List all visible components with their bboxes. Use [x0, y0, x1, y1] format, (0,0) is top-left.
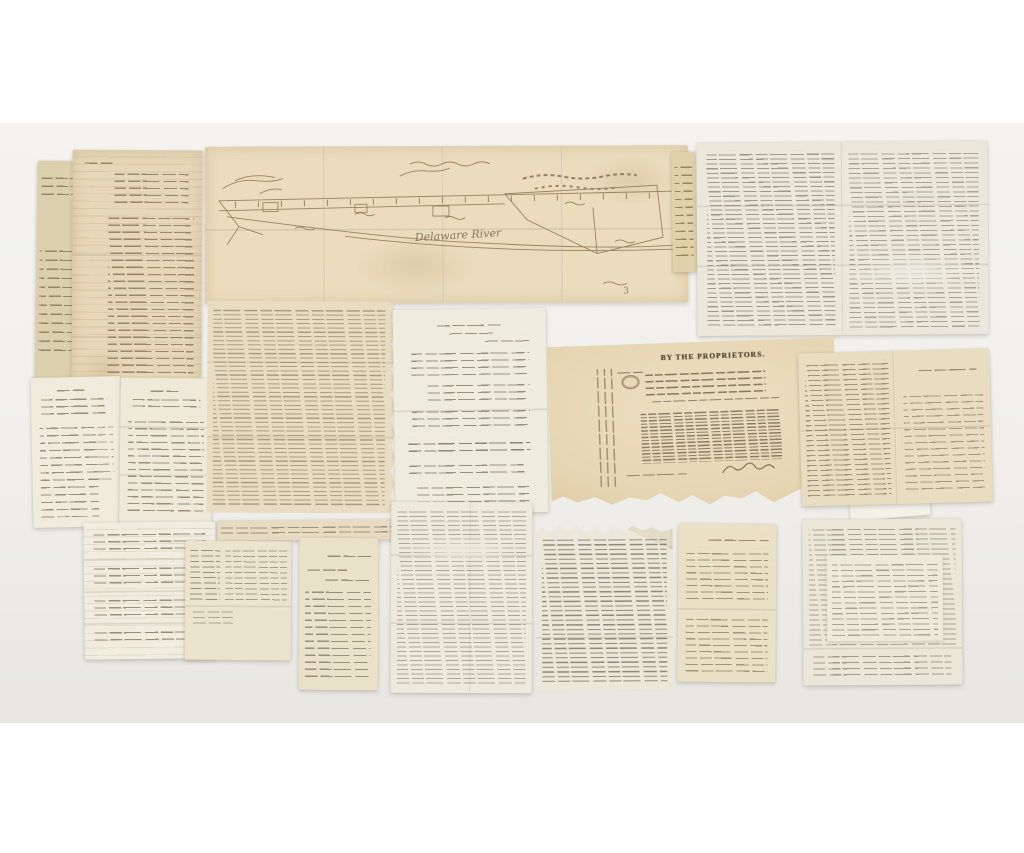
- handwriting-block: [706, 150, 835, 329]
- handwriting-block: [132, 394, 200, 411]
- handwriting-block: [411, 346, 529, 376]
- printed-caption: [617, 368, 643, 374]
- handwriting-block: [417, 480, 529, 504]
- survey-map-drawing: Delaware River 3: [205, 145, 689, 304]
- letter-two-column: [798, 349, 993, 507]
- handwriting-block: [848, 149, 979, 328]
- document-estate-notes: [71, 150, 202, 404]
- handwriting-block: [97, 420, 114, 480]
- handwriting-block: [127, 416, 204, 517]
- handwriting-block: [221, 522, 393, 538]
- handwriting-block: [409, 458, 527, 475]
- handwriting-block: [85, 156, 115, 166]
- handwriting-block: [674, 160, 694, 260]
- proprietors-printed-form: BY THE PROPRIETORS.: [546, 337, 840, 510]
- letter-cross-written: [696, 141, 988, 336]
- handwriting-block: [485, 334, 529, 343]
- page-background: Delaware River 3: [0, 0, 1024, 853]
- handwriting-block: [804, 359, 892, 497]
- proprietors-header: BY THE PROPRIETORS.: [661, 349, 766, 362]
- handwriting-block: [94, 593, 198, 618]
- handwriting-block: [151, 384, 181, 393]
- river-line: [345, 235, 673, 251]
- letter-folded-large: [391, 502, 533, 693]
- handwriting-block: [832, 560, 939, 637]
- table-entries: [225, 546, 287, 604]
- survey-baseline: [219, 191, 673, 201]
- survey-baseline: [219, 204, 505, 211]
- handwriting-block: [412, 404, 530, 428]
- table-entries: [193, 607, 233, 625]
- letter-scalloped-top: [536, 524, 674, 692]
- hill-sketch: [223, 176, 283, 194]
- handwriting-block: [114, 168, 188, 204]
- margin-script-vertical: [591, 369, 621, 488]
- bleach-patch: [401, 536, 521, 564]
- agent-line: [627, 468, 687, 476]
- letter-overlapped-sheets: [802, 518, 962, 685]
- handwriting-block: [813, 651, 951, 678]
- salutation-squiggle: [325, 574, 369, 581]
- letter-narrow: [299, 538, 379, 690]
- label-squiggle: [295, 202, 635, 286]
- plot-square: [355, 204, 367, 212]
- document-fragment-strip: [671, 152, 697, 272]
- handwriting-block: [685, 614, 768, 673]
- boundary-line: [505, 185, 663, 254]
- dateline-squiggle: [918, 363, 976, 372]
- handwriting-block: [408, 436, 530, 453]
- road-branch: [219, 201, 263, 245]
- dateline-squiggle: [327, 550, 371, 557]
- scrub-hatching: [535, 186, 617, 190]
- plot-square: [263, 203, 278, 212]
- handwriting-block: [57, 383, 85, 393]
- handwriting-block: [397, 508, 527, 686]
- signature-path: [722, 462, 774, 473]
- handwriting-block: [41, 392, 107, 415]
- genealogy-page-left: [30, 376, 123, 528]
- handwriting-block: [39, 421, 99, 518]
- scrub-hatching: [523, 174, 637, 179]
- survey-ticks: [235, 195, 665, 205]
- salutation-squiggle: [307, 564, 347, 571]
- map-river-label: Delaware River: [414, 226, 503, 244]
- fold-crease: [678, 608, 776, 612]
- handwriting-block: [686, 548, 768, 603]
- hill-sketch: [400, 168, 450, 176]
- table-name-column: [190, 546, 220, 604]
- handwriting-block: [542, 536, 668, 685]
- genealogy-page-right: [119, 378, 213, 529]
- handwriting-block: [903, 389, 986, 491]
- letter-dense-deckled: [207, 301, 396, 514]
- handwriting-block: [428, 378, 530, 401]
- printed-paragraph: [641, 407, 783, 464]
- census-table-sheet: [185, 541, 292, 661]
- map-sheet-number: 3: [623, 286, 629, 296]
- seal-stamp: [621, 375, 639, 390]
- handwriting-block: [94, 626, 190, 641]
- handwriting-block: [305, 586, 371, 680]
- inner-overlapping-sheet: [827, 555, 944, 642]
- letter-small: [677, 524, 776, 683]
- dateline-squiggle: [709, 534, 769, 542]
- fold-crease: [840, 142, 844, 335]
- map-title-squiggle: [410, 162, 490, 166]
- photo-of-document-collection: Delaware River 3: [0, 123, 1024, 723]
- handwriting-block: [213, 307, 386, 506]
- handwriting-block: [38, 243, 74, 353]
- survey-map: Delaware River 3: [205, 145, 689, 304]
- signature-flourish: [718, 457, 779, 481]
- memorandum-sheet: [393, 308, 549, 514]
- plot-square: [433, 206, 449, 216]
